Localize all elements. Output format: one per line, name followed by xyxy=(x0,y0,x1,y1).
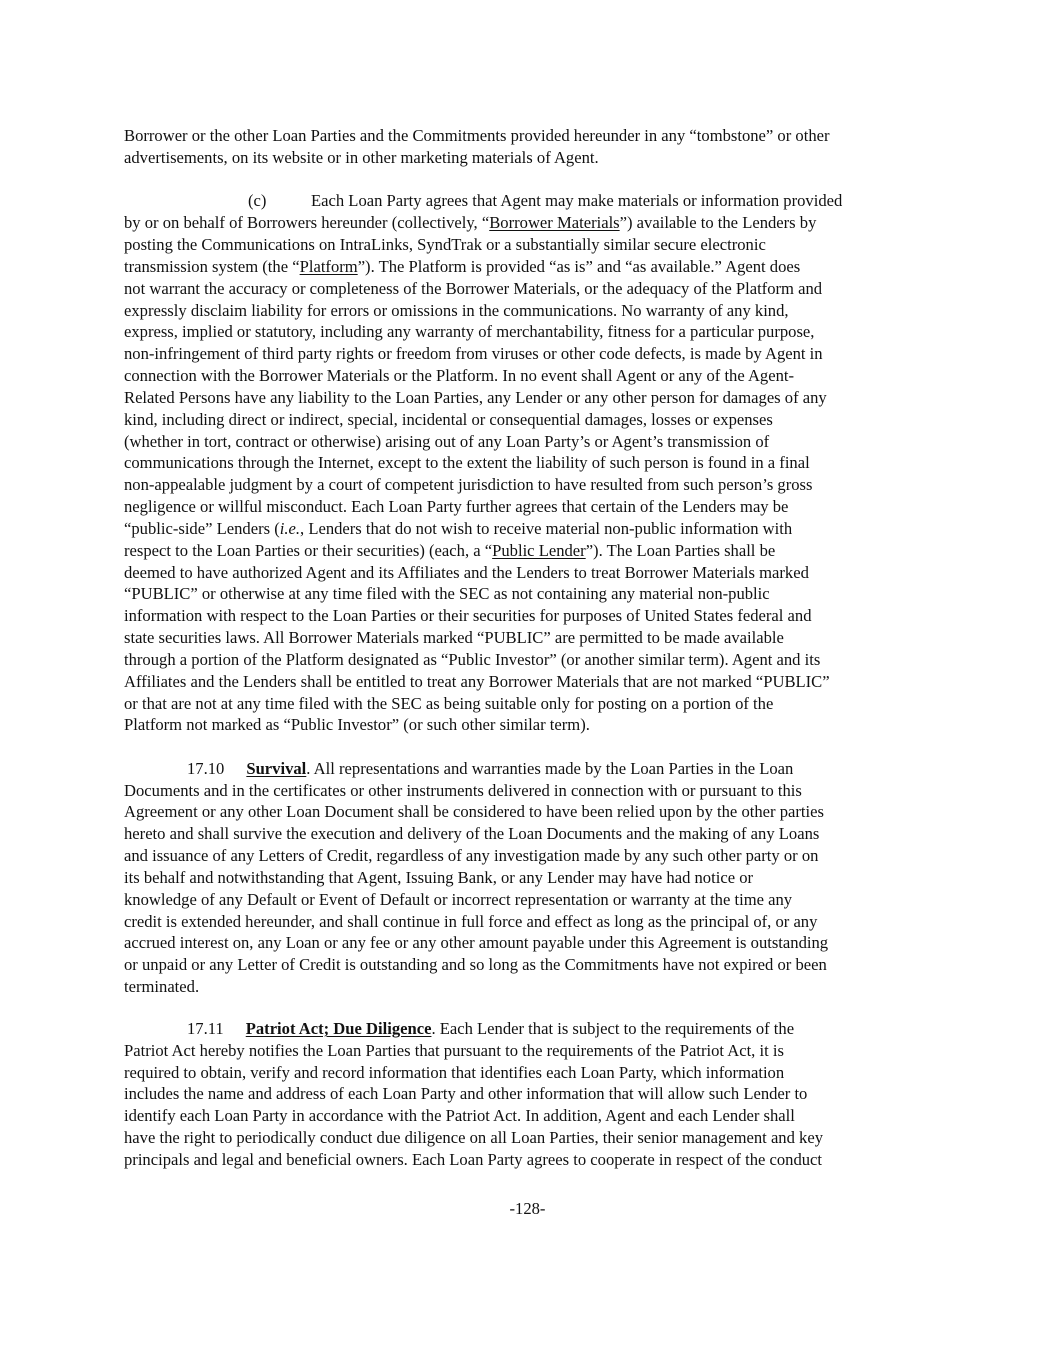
intro-line-1: Borrower or the other Loan Parties and t… xyxy=(124,125,830,147)
intro-line-2: advertisements, on its website or in oth… xyxy=(124,147,599,169)
clause-c-line-3: posting the Communications on IntraLinks… xyxy=(124,234,766,256)
text-run: , Lenders that do not wish to receive ma… xyxy=(300,519,792,538)
clause-c-line: non-appealable judgment by a court of co… xyxy=(124,474,812,496)
clause-c-text: Each Loan Party agrees that Agent may ma… xyxy=(311,190,842,212)
clause-c-line: non-infringement of third party rights o… xyxy=(124,343,823,365)
clause-c-line-2: by or on behalf of Borrowers hereunder (… xyxy=(124,212,816,234)
clause-c-line: not warrant the accuracy or completeness… xyxy=(124,278,822,300)
clause-c-line: kind, including direct or indirect, spec… xyxy=(124,409,773,431)
clause-c-line: “PUBLIC” or otherwise at any time filed … xyxy=(124,583,770,605)
text-run: transmission system (the “ xyxy=(124,257,300,276)
section-number: 17.11 xyxy=(187,1019,224,1038)
clause-c-line: express, implied or statutory, including… xyxy=(124,321,814,343)
section-heading-patriot-act: Patriot Act; Due Diligence xyxy=(246,1019,432,1038)
text-run: . Each Lender that is subject to the req… xyxy=(431,1019,794,1038)
clause-c-line: Affiliates and the Lenders shall be enti… xyxy=(124,671,830,693)
section-17-10-line: its behalf and notwithstanding that Agen… xyxy=(124,867,753,889)
clause-c-line: Platform not marked as “Public Investor”… xyxy=(124,714,590,736)
text-run: “public-side” Lenders ( xyxy=(124,519,280,538)
clause-c-line: expressly disclaim liability for errors … xyxy=(124,300,789,322)
defined-term-borrower-materials: Borrower Materials xyxy=(489,213,619,232)
section-17-11-line: identify each Loan Party in accordance w… xyxy=(124,1105,795,1127)
section-17-10-line: terminated. xyxy=(124,976,199,998)
text-run: ”) available to the Lenders by xyxy=(620,213,817,232)
clause-c-line-4: transmission system (the “Platform”). Th… xyxy=(124,256,800,278)
section-17-10-line: accrued interest on, any Loan or any fee… xyxy=(124,932,828,954)
section-17-10-line: Documents and in the certificates or oth… xyxy=(124,780,802,802)
clause-c-line-public-lender: respect to the Loan Parties or their sec… xyxy=(124,540,775,562)
clause-c-line: through a portion of the Platform design… xyxy=(124,649,820,671)
section-17-10-first-line: 17.10Survival. All representations and w… xyxy=(187,758,793,780)
clause-c-line: state securities laws. All Borrower Mate… xyxy=(124,627,784,649)
section-17-11-line: principals and legal and beneficial owne… xyxy=(124,1149,822,1171)
italic-ie: i.e. xyxy=(280,519,300,538)
section-17-11-line: have the right to periodically conduct d… xyxy=(124,1127,823,1149)
section-17-10-line: Agreement or any other Loan Document sha… xyxy=(124,801,824,823)
defined-term-public-lender: Public Lender xyxy=(492,541,586,560)
clause-c-label: (c) xyxy=(248,190,266,212)
text-run: ”). The Platform is provided “as is” and… xyxy=(358,257,801,276)
section-17-10-line: knowledge of any Default or Event of Def… xyxy=(124,889,792,911)
section-17-11-first-line: 17.11Patriot Act; Due Diligence. Each Le… xyxy=(187,1018,794,1040)
clause-c-line: communications through the Internet, exc… xyxy=(124,452,810,474)
section-17-10-line: credit is extended hereunder, and shall … xyxy=(124,911,817,933)
page-number: -128- xyxy=(0,1198,1055,1220)
clause-c-line: (whether in tort, contract or otherwise)… xyxy=(124,431,769,453)
document-page: Borrower or the other Loan Parties and t… xyxy=(0,0,1055,1365)
text-run: by or on behalf of Borrowers hereunder (… xyxy=(124,213,489,232)
clause-c-line: connection with the Borrower Materials o… xyxy=(124,365,794,387)
section-number: 17.10 xyxy=(187,759,224,778)
section-17-10-line: or unpaid or any Letter of Credit is out… xyxy=(124,954,827,976)
section-17-11-line: required to obtain, verify and record in… xyxy=(124,1062,784,1084)
defined-term-platform: Platform xyxy=(300,257,358,276)
clause-c-line: Related Persons have any liability to th… xyxy=(124,387,827,409)
section-17-11-line: includes the name and address of each Lo… xyxy=(124,1083,807,1105)
section-17-10-line: and issuance of any Letters of Credit, r… xyxy=(124,845,818,867)
clause-c-line-ie: “public-side” Lenders (i.e., Lenders tha… xyxy=(124,518,792,540)
section-heading-survival: Survival xyxy=(246,759,306,778)
text-run: respect to the Loan Parties or their sec… xyxy=(124,541,492,560)
text-run: . All representations and warranties mad… xyxy=(306,759,793,778)
section-17-11-line: Patriot Act hereby notifies the Loan Par… xyxy=(124,1040,784,1062)
clause-c-line: negligence or willful misconduct. Each L… xyxy=(124,496,788,518)
text-run: ”). The Loan Parties shall be xyxy=(586,541,776,560)
section-17-10-line: hereto and shall survive the execution a… xyxy=(124,823,819,845)
clause-c-line: information with respect to the Loan Par… xyxy=(124,605,812,627)
clause-c-line: deemed to have authorized Agent and its … xyxy=(124,562,809,584)
clause-c-line: or that are not at any time filed with t… xyxy=(124,693,773,715)
